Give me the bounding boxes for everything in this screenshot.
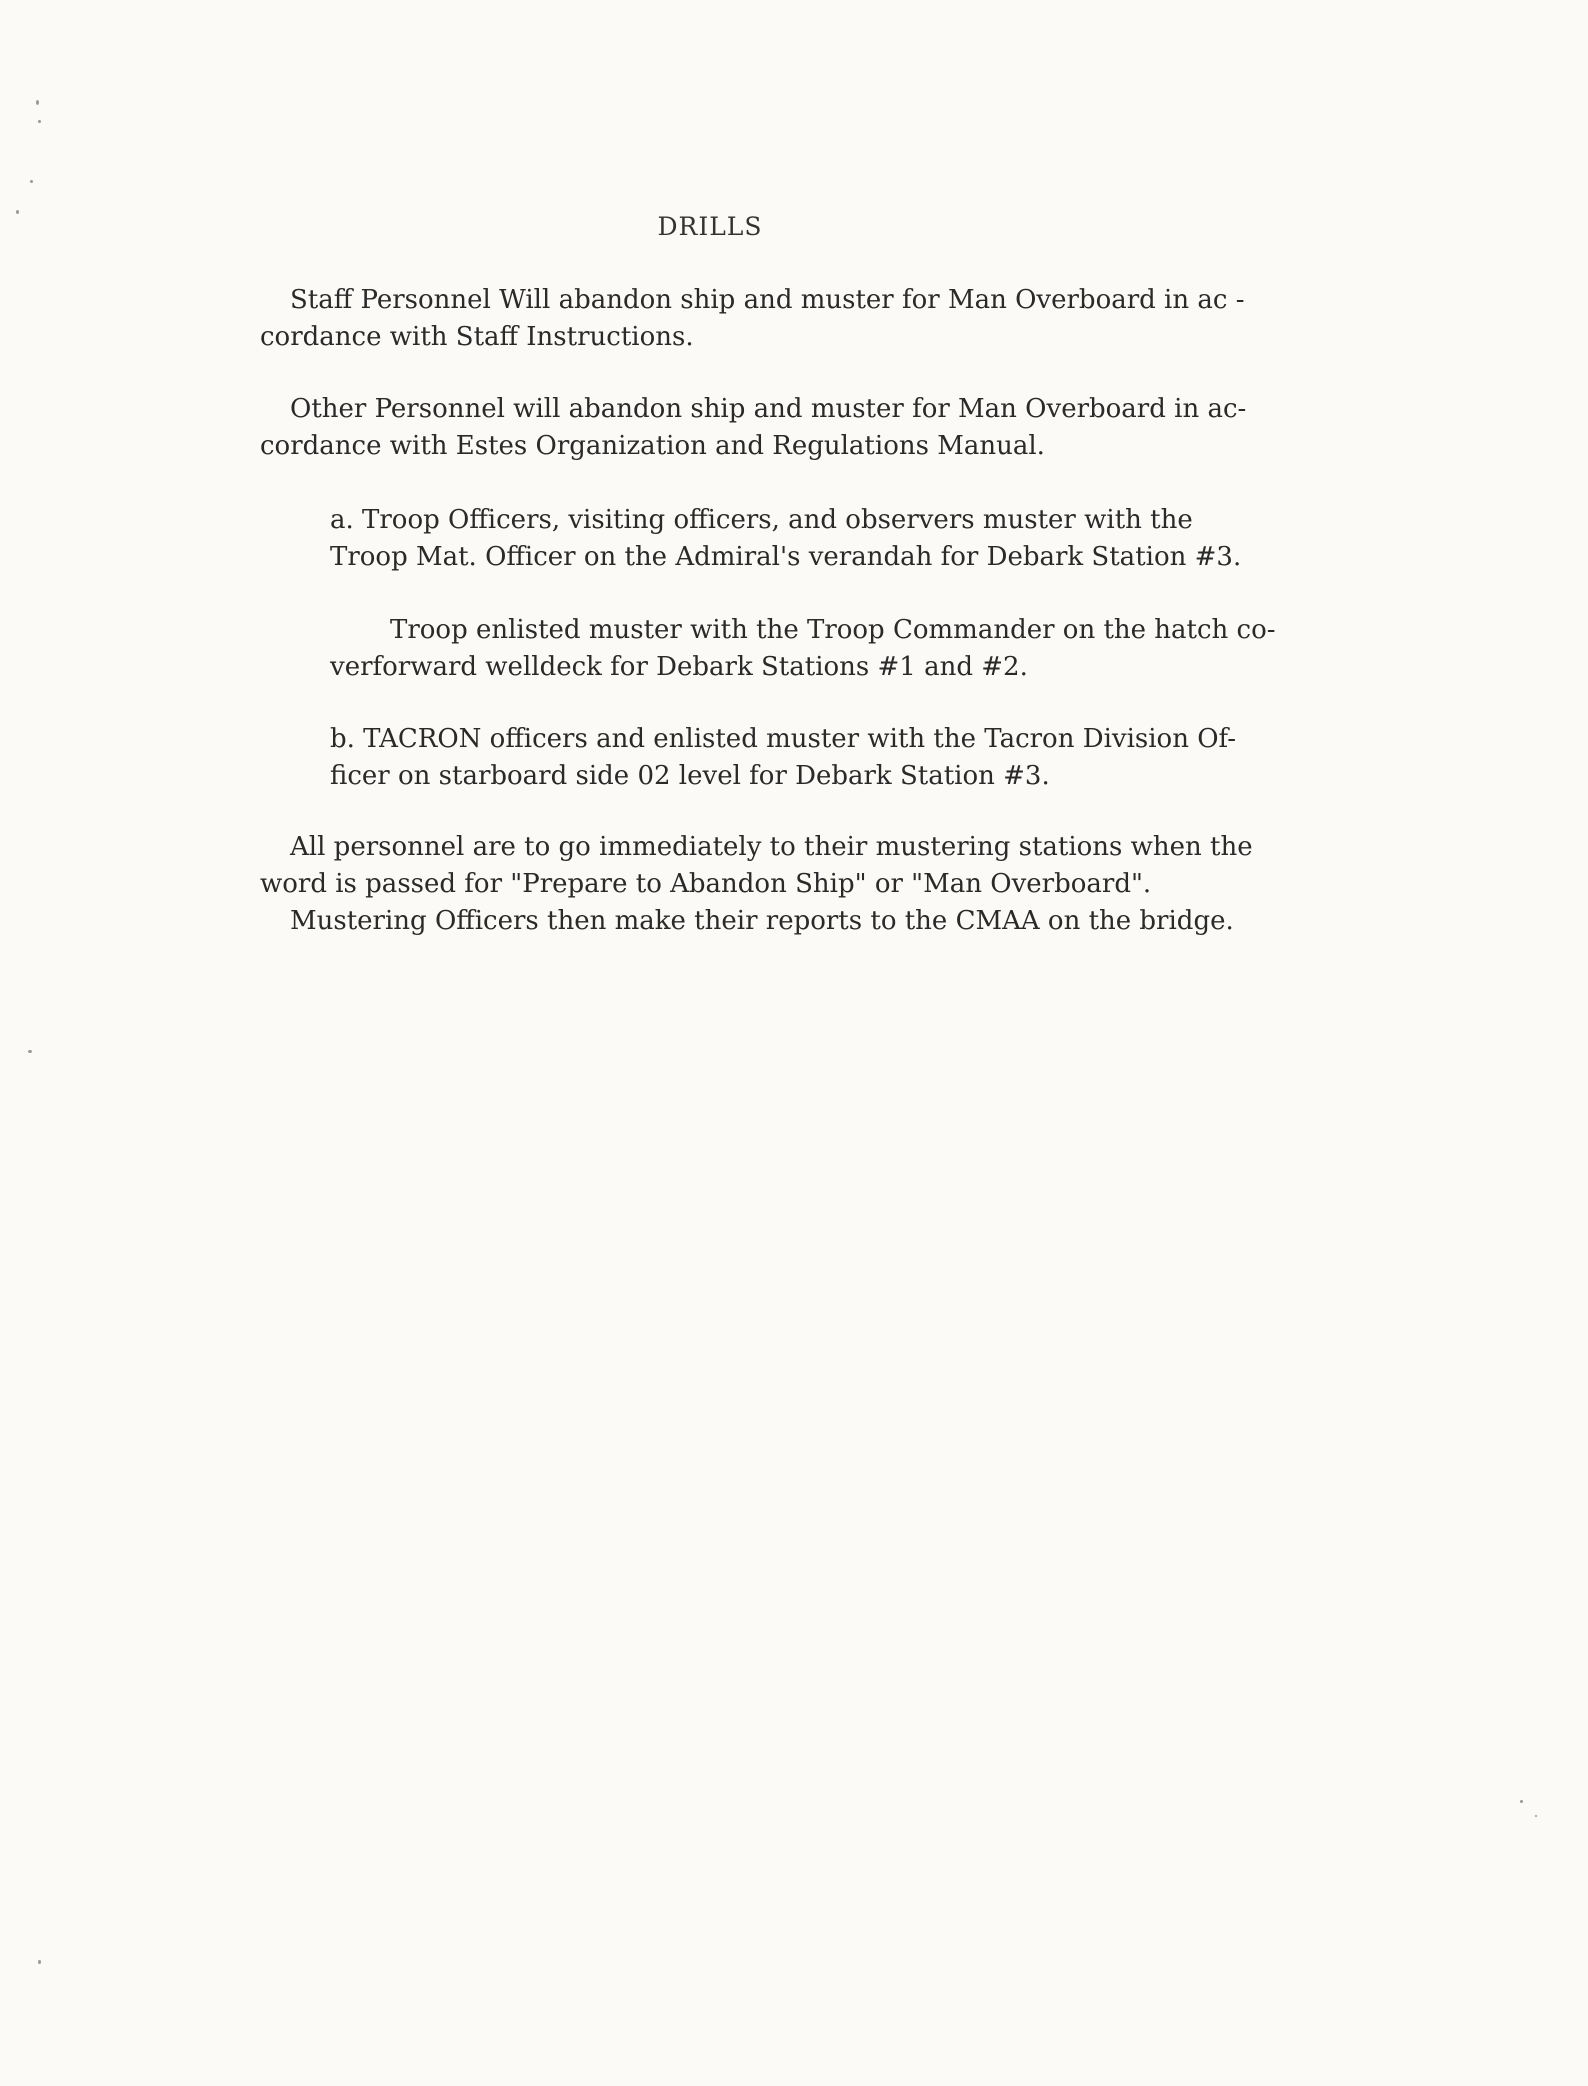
text-line: a. Troop Officers, visiting officers, an… xyxy=(330,502,1450,539)
text-line: ficer on starboard side 02 level for Deb… xyxy=(330,758,1450,795)
text-line: All personnel are to go immediately to t… xyxy=(290,829,1450,866)
paragraph-other-personnel: Other Personnel will abandon ship and mu… xyxy=(290,391,1450,465)
text-line: Staff Personnel Will abandon ship and mu… xyxy=(290,282,1450,319)
scan-speck xyxy=(16,210,19,214)
scan-speck xyxy=(1520,1800,1523,1803)
text-line: word is passed for "Prepare to Abandon S… xyxy=(260,866,1450,903)
paragraph-staff-personnel: Staff Personnel Will abandon ship and mu… xyxy=(290,282,1450,356)
scan-speck xyxy=(38,120,41,123)
paragraph-item-b: b. TACRON officers and enlisted muster w… xyxy=(330,721,1450,795)
document-title: DRILLS xyxy=(0,212,1420,241)
document-page: DRILLS Staff Personnel Will abandon ship… xyxy=(0,0,1588,2086)
text-line: Mustering Officers then make their repor… xyxy=(290,903,1450,940)
scan-speck xyxy=(28,1050,32,1053)
paragraph-item-a: a. Troop Officers, visiting officers, an… xyxy=(330,502,1450,576)
text-line: cordance with Estes Organization and Reg… xyxy=(260,428,1450,465)
scan-speck xyxy=(38,1960,41,1964)
text-line: Other Personnel will abandon ship and mu… xyxy=(290,391,1450,428)
text-line: verforward welldeck for Debark Stations … xyxy=(330,649,1450,686)
text-line: cordance with Staff Instructions. xyxy=(260,319,1450,356)
paragraph-troop-enlisted: Troop enlisted muster with the Troop Com… xyxy=(330,612,1450,686)
text-line: Troop Mat. Officer on the Admiral's vera… xyxy=(330,539,1450,576)
text-line: Troop enlisted muster with the Troop Com… xyxy=(390,612,1450,649)
paragraph-all-personnel: All personnel are to go immediately to t… xyxy=(290,829,1450,940)
scan-speck xyxy=(30,180,33,183)
scan-speck xyxy=(36,100,39,105)
text-line: b. TACRON officers and enlisted muster w… xyxy=(330,721,1450,758)
scan-speck xyxy=(1535,1815,1537,1817)
